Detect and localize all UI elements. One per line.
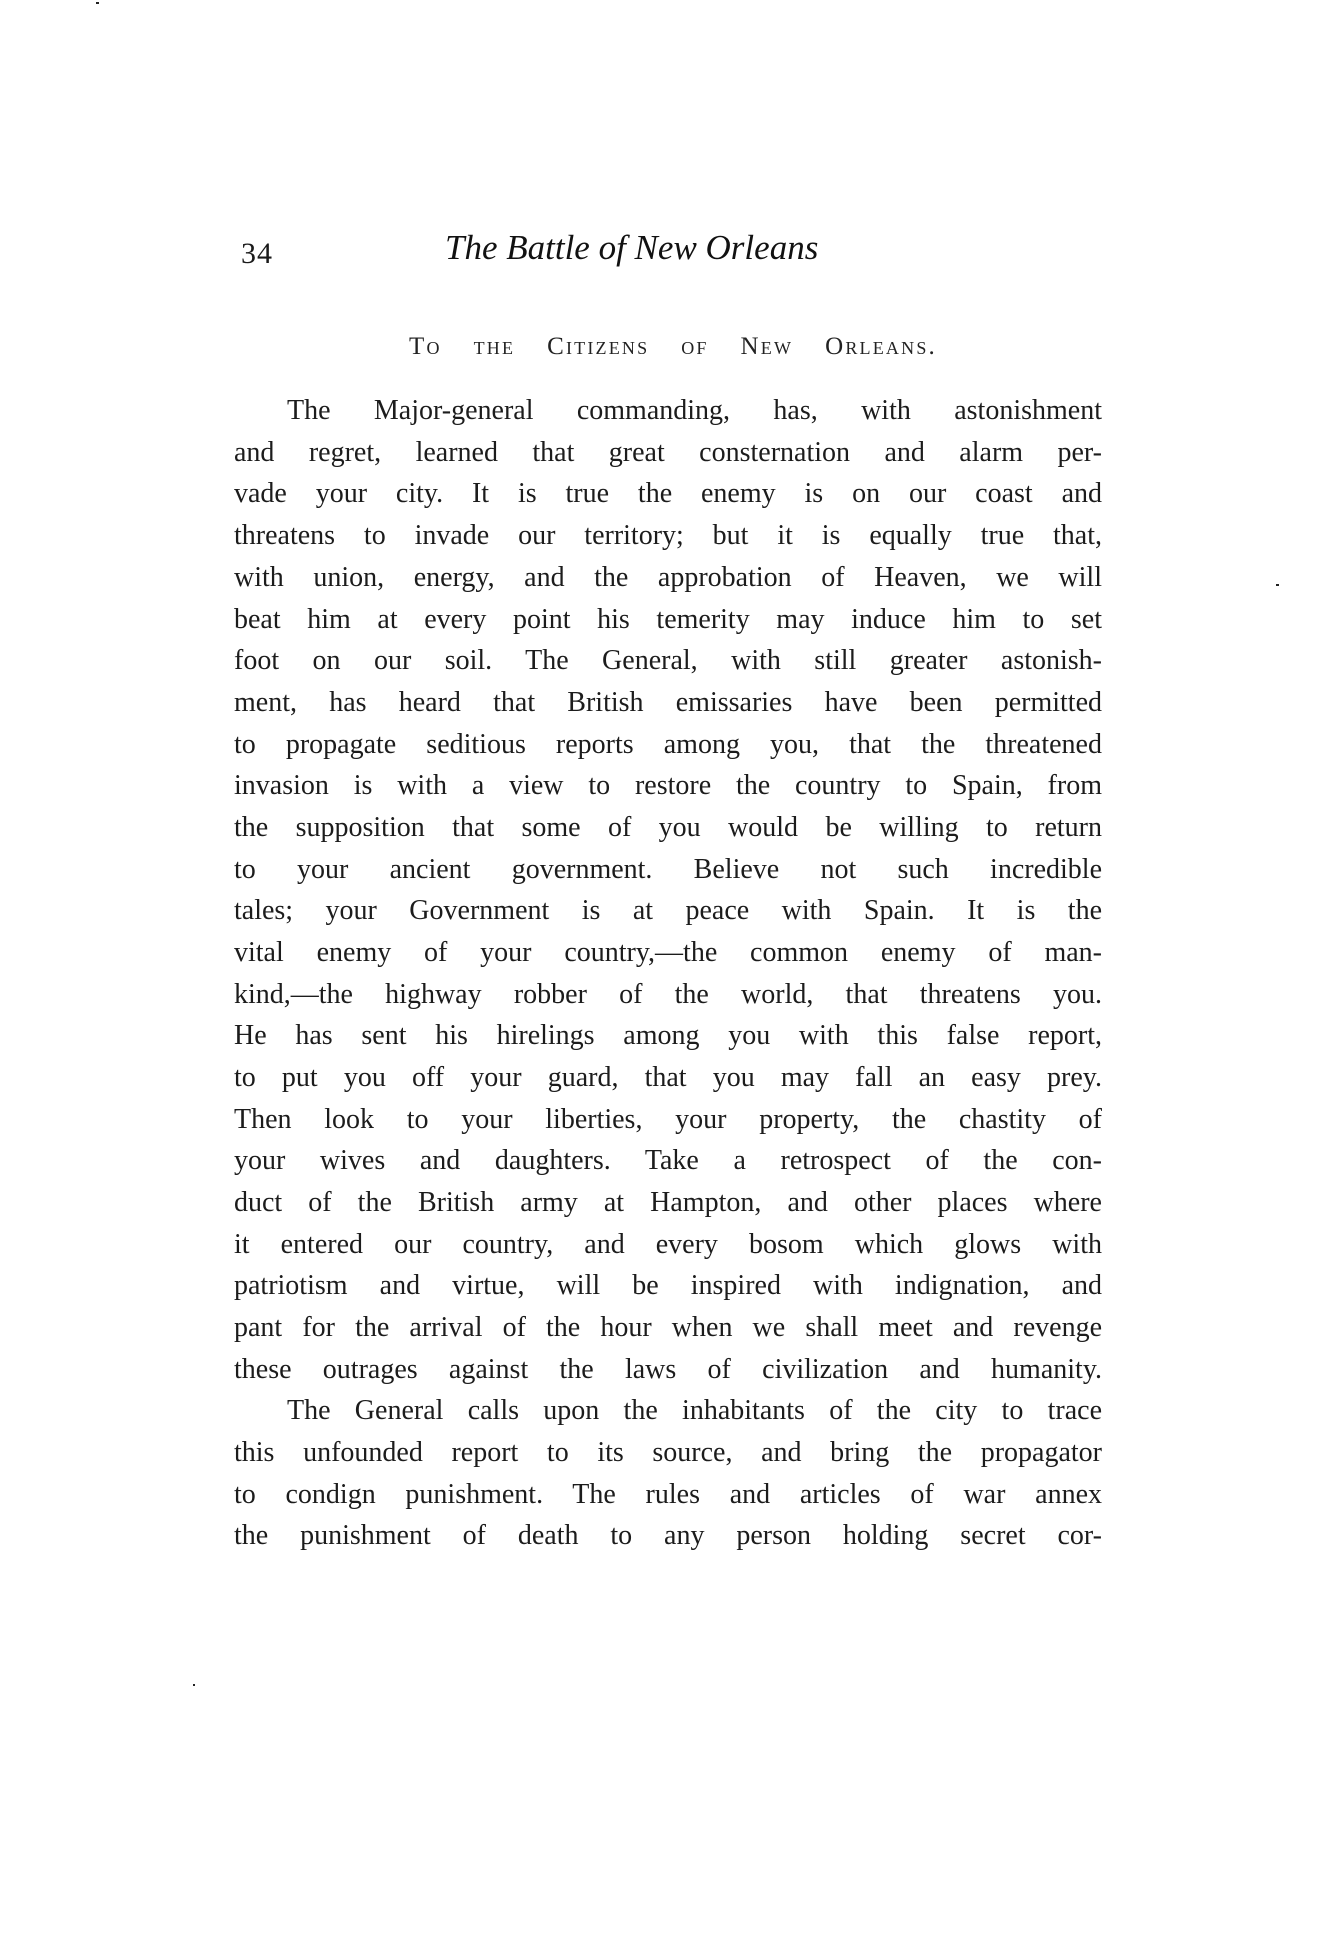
text-line: your wives and daughters. Take a retrosp… xyxy=(234,1144,1102,1178)
text-line: The General calls upon the inhabitants o… xyxy=(287,1394,1102,1428)
text-line: patriotism and virtue, will be inspired … xyxy=(234,1269,1102,1303)
text-line: and regret, learned that great consterna… xyxy=(234,436,1102,470)
text-line: foot on our soil. The General, with stil… xyxy=(234,644,1102,678)
text-line: The Major-general commanding, has, with … xyxy=(287,394,1102,428)
text-line: invasion is with a view to restore the c… xyxy=(234,769,1102,803)
text-line: pant for the arrival of the hour when we… xyxy=(234,1311,1102,1345)
text-line: this unfounded report to its source, and… xyxy=(234,1436,1102,1470)
text-line: to your ancient government. Believe not … xyxy=(234,853,1102,887)
text-line: ment, has heard that British emissaries … xyxy=(234,686,1102,720)
text-line: to propagate seditious reports among you… xyxy=(234,728,1102,762)
text-line: with union, energy, and the approbation … xyxy=(234,561,1102,595)
text-line: threatens to invade our territory; but i… xyxy=(234,519,1102,553)
text-line: to put you off your guard, that you may … xyxy=(234,1061,1102,1095)
text-line: Then look to your liberties, your proper… xyxy=(234,1103,1102,1137)
section-heading: To the Citizens of New Orleans. xyxy=(409,331,937,363)
text-line: kind,—the highway robber of the world, t… xyxy=(234,978,1102,1012)
scan-speck xyxy=(1276,584,1279,586)
scan-speck xyxy=(193,1684,195,1686)
text-line: He has sent his hirelings among you with… xyxy=(234,1019,1102,1053)
text-line: vade your city. It is true the enemy is … xyxy=(234,477,1102,511)
text-line: beat him at every point his temerity may… xyxy=(234,603,1102,637)
text-line: it entered our country, and every bosom … xyxy=(234,1228,1102,1262)
text-line: the supposition that some of you would b… xyxy=(234,811,1102,845)
scan-speck xyxy=(96,2,99,4)
text-line: to condign punishment. The rules and art… xyxy=(234,1478,1102,1512)
page-number: 34 xyxy=(241,236,273,272)
text-line: vital enemy of your country,—the common … xyxy=(234,936,1102,970)
text-line: these outrages against the laws of civil… xyxy=(234,1353,1102,1387)
text-line: the punishment of death to any person ho… xyxy=(234,1519,1102,1553)
text-line: tales; your Government is at peace with … xyxy=(234,894,1102,928)
text-line: duct of the British army at Hampton, and… xyxy=(234,1186,1102,1220)
running-title: The Battle of New Orleans xyxy=(445,226,895,270)
